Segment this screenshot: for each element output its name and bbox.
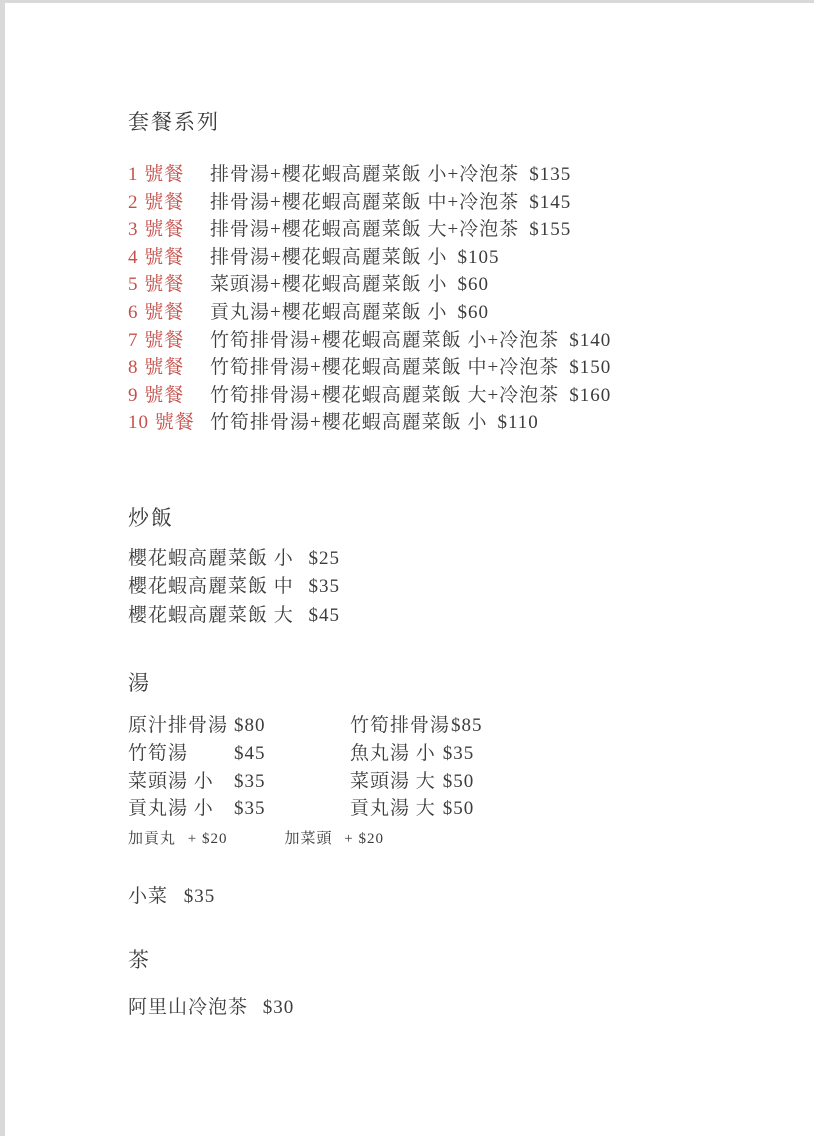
fried-rice-row: 櫻花蝦高麗菜飯 小 $25: [128, 545, 814, 574]
addon-name: 加菜頭: [284, 831, 332, 847]
section-title-soup: 湯: [128, 670, 814, 696]
set-meal-row: 10 號餐 竹筍排骨湯+櫻花蝦高麗菜飯 小 $110: [128, 409, 814, 437]
meal-price: $60: [457, 299, 489, 327]
meal-number-label: 1 號餐: [128, 161, 210, 189]
fried-rice-row: 櫻花蝦高麗菜飯 中 $35: [128, 573, 814, 602]
addon-item: 加貢丸 + $20: [128, 828, 227, 850]
meal-price: $110: [497, 409, 538, 437]
meal-price: $145: [529, 189, 571, 217]
side-dish-row: 小菜 $35: [128, 883, 814, 910]
meal-description: 菜頭湯+櫻花蝦高麗菜飯 小: [210, 271, 447, 299]
meal-description: 竹筍排骨湯+櫻花蝦高麗菜飯 大+冷泡茶: [210, 382, 559, 410]
dish-price: $25: [309, 548, 341, 569]
dish-price: $35: [184, 886, 216, 907]
addon-price: + $20: [188, 831, 228, 847]
meal-description: 貢丸湯+櫻花蝦高麗菜飯 小: [210, 299, 447, 327]
soup-name: 菜頭湯 小: [128, 768, 234, 796]
soup-name: 菜頭湯 大: [350, 768, 436, 796]
set-meal-row: 6 號餐 貢丸湯+櫻花蝦高麗菜飯 小 $60: [128, 299, 814, 327]
soup-price: $35: [234, 795, 350, 823]
soup-row: 貢丸湯 小 $35 貢丸湯 大 $50: [128, 795, 814, 823]
dish-name: 櫻花蝦高麗菜飯 大: [128, 605, 294, 626]
meal-description: 竹筍排骨湯+櫻花蝦高麗菜飯 中+冷泡茶: [210, 354, 559, 382]
addon-price: + $20: [344, 831, 384, 847]
set-meal-row: 7 號餐 竹筍排骨湯+櫻花蝦高麗菜飯 小+冷泡茶 $140: [128, 327, 814, 355]
meal-price: $105: [457, 244, 499, 272]
fried-rice-list: 櫻花蝦高麗菜飯 小 $25 櫻花蝦高麗菜飯 中 $35 櫻花蝦高麗菜飯 大 $4…: [128, 545, 814, 631]
set-meal-row: 1 號餐 排骨湯+櫻花蝦高麗菜飯 小+冷泡茶 $135: [128, 161, 814, 189]
dish-price: $30: [263, 997, 295, 1018]
set-meal-row: 5 號餐 菜頭湯+櫻花蝦高麗菜飯 小 $60: [128, 271, 814, 299]
soup-name: 原汁排骨湯: [128, 712, 234, 740]
meal-price: $60: [457, 271, 489, 299]
meal-price: $135: [529, 161, 571, 189]
meal-description: 排骨湯+櫻花蝦高麗菜飯 小+冷泡茶: [210, 161, 519, 189]
meal-description: 排骨湯+櫻花蝦高麗菜飯 中+冷泡茶: [210, 189, 519, 217]
fried-rice-row: 櫻花蝦高麗菜飯 大 $45: [128, 602, 814, 631]
meal-number-label: 8 號餐: [128, 354, 210, 382]
dish-price: $45: [309, 605, 341, 626]
dish-price: $35: [309, 576, 341, 597]
soup-price: $85: [451, 712, 483, 740]
menu-page: 套餐系列 1 號餐 排骨湯+櫻花蝦高麗菜飯 小+冷泡茶 $135 2 號餐 排骨…: [5, 3, 814, 1136]
dish-name: 小菜: [128, 886, 168, 907]
soup-row: 竹筍湯 $45 魚丸湯 小 $35: [128, 740, 814, 768]
soup-row: 菜頭湯 小 $35 菜頭湯 大 $50: [128, 768, 814, 796]
soup-price: $80: [234, 712, 350, 740]
section-title-tea: 茶: [128, 947, 814, 973]
soup-price: $50: [443, 768, 475, 796]
soup-row: 原汁排骨湯 $80 竹筍排骨湯 $85: [128, 712, 814, 740]
meal-description: 排骨湯+櫻花蝦高麗菜飯 小: [210, 244, 447, 272]
set-meal-row: 2 號餐 排骨湯+櫻花蝦高麗菜飯 中+冷泡茶 $145: [128, 189, 814, 217]
set-meal-row: 3 號餐 排骨湯+櫻花蝦高麗菜飯 大+冷泡茶 $155: [128, 216, 814, 244]
meal-description: 竹筍排骨湯+櫻花蝦高麗菜飯 小+冷泡茶: [210, 327, 559, 355]
meal-price: $155: [529, 216, 571, 244]
set-meal-list: 1 號餐 排骨湯+櫻花蝦高麗菜飯 小+冷泡茶 $135 2 號餐 排骨湯+櫻花蝦…: [128, 161, 814, 437]
section-title-fried-rice: 炒飯: [128, 505, 814, 531]
meal-number-label: 4 號餐: [128, 244, 210, 272]
meal-price: $160: [569, 382, 611, 410]
meal-number-label: 5 號餐: [128, 271, 210, 299]
set-meal-row: 8 號餐 竹筍排骨湯+櫻花蝦高麗菜飯 中+冷泡茶 $150: [128, 354, 814, 382]
meal-price: $150: [569, 354, 611, 382]
soup-price: $45: [234, 740, 350, 768]
meal-number-label: 7 號餐: [128, 327, 210, 355]
soup-price: $35: [443, 740, 475, 768]
addon-name: 加貢丸: [128, 831, 176, 847]
meal-description: 竹筍排骨湯+櫻花蝦高麗菜飯 小: [210, 409, 487, 437]
meal-number-label: 2 號餐: [128, 189, 210, 217]
soup-list: 原汁排骨湯 $80 竹筍排骨湯 $85 竹筍湯 $45 魚丸湯 小 $35 菜頭…: [128, 712, 814, 849]
meal-price: $140: [569, 327, 611, 355]
meal-number-label: 10 號餐: [128, 409, 210, 437]
soup-price: $35: [234, 768, 350, 796]
meal-number-label: 3 號餐: [128, 216, 210, 244]
soup-name: 魚丸湯 小: [350, 740, 436, 768]
addon-item: 加菜頭 + $20: [284, 828, 383, 850]
dish-name: 櫻花蝦高麗菜飯 小: [128, 548, 294, 569]
meal-description: 排骨湯+櫻花蝦高麗菜飯 大+冷泡茶: [210, 216, 519, 244]
section-title-set-meals: 套餐系列: [128, 109, 814, 135]
soup-name: 竹筍排骨湯: [350, 712, 450, 740]
dish-name: 櫻花蝦高麗菜飯 中: [128, 576, 294, 597]
meal-number-label: 9 號餐: [128, 382, 210, 410]
tea-row: 阿里山冷泡茶 $30: [128, 994, 814, 1021]
soup-addons-row: 加貢丸 + $20 加菜頭 + $20: [128, 828, 814, 850]
soup-name: 貢丸湯 小: [128, 795, 234, 823]
meal-number-label: 6 號餐: [128, 299, 210, 327]
soup-name: 竹筍湯: [128, 740, 234, 768]
soup-price: $50: [443, 795, 475, 823]
set-meal-row: 4 號餐 排骨湯+櫻花蝦高麗菜飯 小 $105: [128, 244, 814, 272]
dish-name: 阿里山冷泡茶: [128, 997, 248, 1018]
set-meal-row: 9 號餐 竹筍排骨湯+櫻花蝦高麗菜飯 大+冷泡茶 $160: [128, 382, 814, 410]
soup-name: 貢丸湯 大: [350, 795, 436, 823]
